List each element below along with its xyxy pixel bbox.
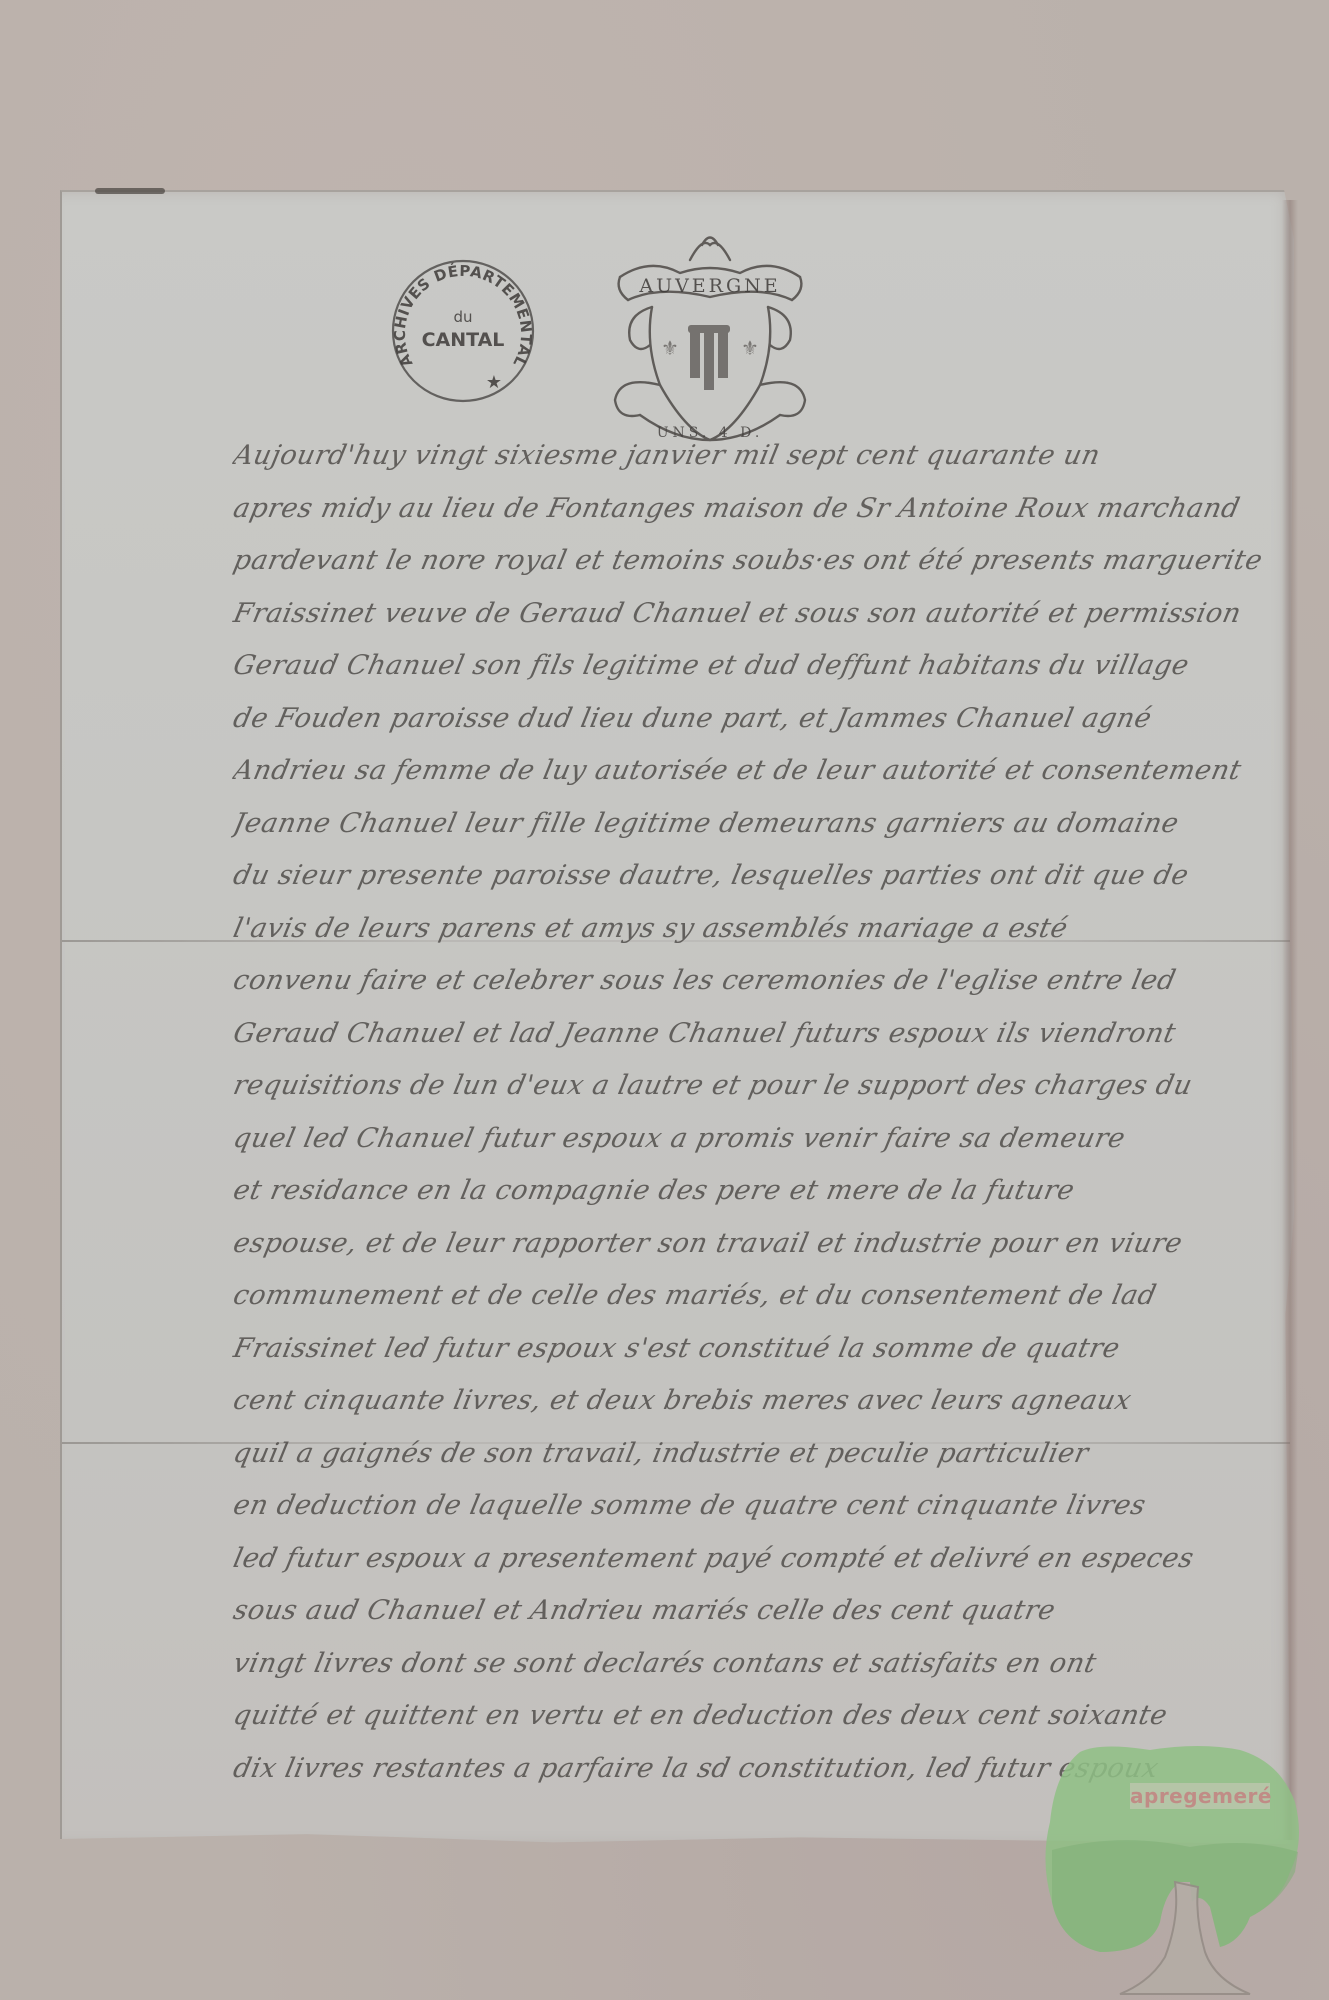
- stamp-cantal: CANTAL: [422, 329, 505, 351]
- manuscript-line: du sieur presente paroisse dautre, lesqu…: [226, 860, 1297, 913]
- manuscript-line: l'avis de leurs parens et amys sy assemb…: [226, 913, 1297, 966]
- manuscript-line: led futur espoux a presentement payé com…: [226, 1543, 1297, 1596]
- manuscript-line: Jeanne Chanuel leur fille legitime demeu…: [226, 808, 1297, 861]
- manuscript-line: de Fouden paroisse dud lieu dune part, e…: [226, 703, 1297, 756]
- manuscript-line: Fraissinet led futur espoux s'est consti…: [226, 1333, 1297, 1386]
- manuscript-text: Aujourd'huy vingt sixiesme janvier mil s…: [226, 440, 1286, 1805]
- manuscript-line: en deduction de laquelle somme de quatre…: [226, 1490, 1297, 1543]
- watermark-label: apregemeré: [1130, 1783, 1270, 1809]
- star-icon: ★: [486, 372, 502, 393]
- stamp-du: du: [453, 308, 472, 326]
- manuscript-line: et residance en la compagnie des pere et…: [226, 1175, 1297, 1228]
- manuscript-line: pardevant le nore royal et temoins soubs…: [226, 545, 1297, 598]
- auvergne-crest-icon: ⚜ ⚜ AUVERGNE UNS. 4 D.: [590, 215, 830, 460]
- manuscript-line: Geraud Chanuel son fils legitime et dud …: [226, 650, 1297, 703]
- svg-text:⚜: ⚜: [741, 336, 759, 360]
- manuscript-line: Aujourd'huy vingt sixiesme janvier mil s…: [226, 440, 1297, 493]
- ink-smudge: [95, 188, 165, 194]
- manuscript-line: quil a gaignés de son travail, industrie…: [226, 1438, 1297, 1491]
- manuscript-line: requisitions de lun d'eux a lautre et po…: [226, 1070, 1297, 1123]
- manuscript-line: Andrieu sa femme de luy autorisée et de …: [226, 755, 1297, 808]
- svg-text:⚜: ⚜: [661, 336, 679, 360]
- manuscript-line: cent cinquante livres, et deux brebis me…: [226, 1385, 1297, 1438]
- crest-banner-text: AUVERGNE: [638, 275, 780, 297]
- crest-bottom-text: UNS. 4 D.: [657, 425, 764, 441]
- manuscript-line: espouse, et de leur rapporter son travai…: [226, 1228, 1297, 1281]
- manuscript-line: Fraissinet veuve de Geraud Chanuel et so…: [226, 598, 1297, 651]
- manuscript-line: quel led Chanuel futur espoux a promis v…: [226, 1123, 1297, 1176]
- archives-stamp-icon: ARCHIVES DÉPARTEMENTALES du CANTAL ★: [388, 256, 538, 406]
- manuscript-line: vingt livres dont se sont declarés conta…: [226, 1648, 1297, 1701]
- manuscript-line: apres midy au lieu de Fontanges maison d…: [226, 493, 1297, 546]
- manuscript-line: sous aud Chanuel et Andrieu mariés celle…: [226, 1595, 1297, 1648]
- manuscript-line: communement et de celle des mariés, et d…: [226, 1280, 1297, 1333]
- tree-logo-icon: [1040, 1742, 1329, 2000]
- manuscript-line: convenu faire et celebrer sous les cerem…: [226, 965, 1297, 1018]
- manuscript-line: Geraud Chanuel et lad Jeanne Chanuel fut…: [226, 1018, 1297, 1071]
